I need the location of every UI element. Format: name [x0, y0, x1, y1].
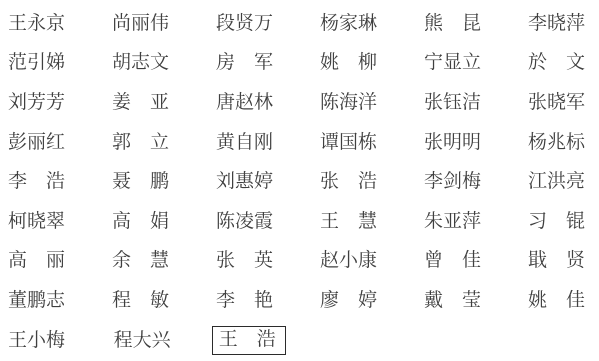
name-cell: 李 浩: [8, 172, 66, 192]
name-cell: 戢 贤: [528, 251, 586, 271]
name-cell: 聂 鹏: [112, 172, 170, 192]
roster-row: 范引娣胡志文房 军姚 柳宁显立於 文: [8, 44, 586, 84]
name-cell: 李晓萍: [528, 14, 586, 34]
name-cell: 段贤万: [216, 14, 274, 34]
name-cell: 宁显立: [424, 53, 482, 73]
name-cell: 陈海洋: [320, 93, 378, 113]
roster-row: 彭丽红郭 立黄自刚谭国栋张明明杨兆标: [8, 123, 586, 163]
highlighted-name-cell: 王 浩: [212, 326, 286, 355]
name-grid: 王永京尚丽伟段贤万杨家琳熊 昆李晓萍范引娣胡志文房 军姚 柳宁显立於 文刘芳芳姜…: [8, 4, 586, 361]
name-cell: 姚 柳: [320, 53, 378, 73]
name-cell: 黄自刚: [216, 133, 274, 153]
name-cell: 高 娟: [112, 212, 170, 232]
name-cell: 杨兆标: [528, 133, 586, 153]
name-cell: 程 敏: [112, 291, 170, 311]
name-cell: 唐赵林: [216, 93, 274, 113]
roster-row: 柯晓翠高 娟陈凌霞王 慧朱亚萍习 锟: [8, 202, 586, 242]
name-cell: 张晓军: [528, 93, 586, 113]
roster-row: 李 浩聂 鹏刘惠婷张 浩李剑梅江洪亮: [8, 162, 586, 202]
name-cell: 张 英: [216, 251, 274, 271]
name-cell: 曾 佳: [424, 251, 482, 271]
roster-row: 王永京尚丽伟段贤万杨家琳熊 昆李晓萍: [8, 4, 586, 44]
roster-row: 高 丽余 慧张 英赵小康曾 佳戢 贤: [8, 242, 586, 282]
name-cell: 柯晓翠: [8, 212, 66, 232]
roster-row: 刘芳芳姜 亚唐赵林陈海洋张钰洁张晓军: [8, 83, 586, 123]
name-cell: 江洪亮: [528, 172, 586, 192]
name-cell: 廖 婷: [320, 291, 378, 311]
name-cell: 郭 立: [112, 133, 170, 153]
name-cell: 刘惠婷: [216, 172, 274, 192]
name-cell: 陈凌霞: [216, 212, 274, 232]
name-cell: 高 丽: [8, 251, 66, 271]
roster-row: 董鹏志程 敏李 艳廖 婷戴 莹姚 佳: [8, 281, 586, 321]
name-cell: 谭国栋: [320, 133, 378, 153]
name-cell: 姚 佳: [528, 291, 586, 311]
name-cell: 范引娣: [8, 53, 66, 73]
name-cell: 赵小康: [320, 251, 378, 271]
name-cell: 於 文: [528, 53, 586, 73]
name-cell: 戴 莹: [424, 291, 482, 311]
name-cell: 胡志文: [112, 53, 170, 73]
name-cell: 尚丽伟: [112, 14, 170, 34]
name-cell: 姜 亚: [112, 93, 170, 113]
name-cell: 习 锟: [528, 212, 586, 232]
name-cell: 余 慧: [112, 251, 170, 271]
name-roster-page: 王永京尚丽伟段贤万杨家琳熊 昆李晓萍范引娣胡志文房 军姚 柳宁显立於 文刘芳芳姜…: [0, 0, 599, 361]
name-cell: 张钰洁: [424, 93, 482, 113]
name-cell: 王 慧: [320, 212, 378, 232]
name-cell: 彭丽红: [8, 133, 66, 153]
roster-row: 王小梅程大兴王 浩: [8, 321, 586, 361]
name-cell: 程大兴: [114, 331, 172, 351]
name-cell: 李 艳: [216, 291, 274, 311]
name-cell: 房 军: [216, 53, 274, 73]
name-cell: 王小梅: [8, 331, 66, 351]
name-cell: 刘芳芳: [8, 93, 66, 113]
name-cell: 杨家琳: [320, 14, 378, 34]
name-cell: 朱亚萍: [424, 212, 482, 232]
name-cell: 张明明: [424, 133, 482, 153]
name-cell: 张 浩: [320, 172, 378, 192]
name-cell: 李剑梅: [424, 172, 482, 192]
name-cell: 董鹏志: [8, 291, 66, 311]
name-cell: 熊 昆: [424, 14, 482, 34]
name-cell: 王永京: [8, 14, 66, 34]
